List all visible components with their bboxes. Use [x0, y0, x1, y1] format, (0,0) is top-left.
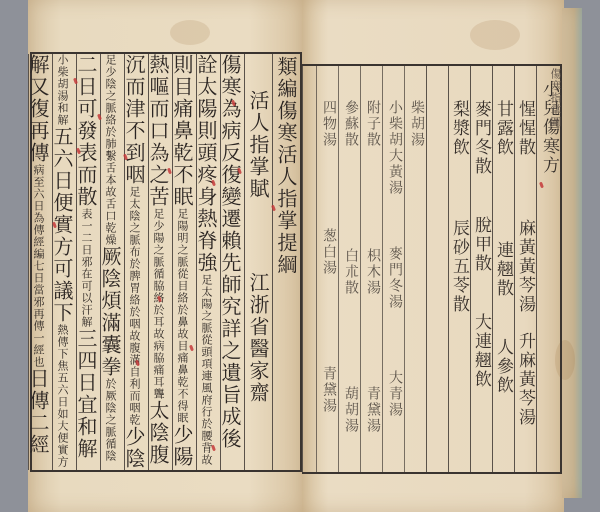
prescription-column-2: 甘露飲連翹散人參飲: [492, 66, 514, 472]
text-column-8: 小柴胡湯和解五六日便實方可議下熱傳下焦五六日如大便實方可下七八日不: [52, 54, 76, 470]
paper-stain: [170, 20, 210, 45]
right-text-frame: 小兒傷寒方 惺惺散麻黃黃芩湯升麻黃芩湯 甘露飲連翹散人參飲 麥門冬散脫甲散大連翹…: [302, 64, 562, 474]
subtitle-column: 活人指掌賦 江浙省醫家齋 吳 恕 撰: [244, 54, 272, 470]
bleedthrough-column-2: 小柴胡大黃湯麥門冬湯大青湯: [382, 66, 404, 472]
prescription-column-4: 梨漿飲辰砂五苓散: [448, 66, 470, 472]
prescription-column-1: 惺惺散麻黃黃芩湯升麻黃芩湯: [514, 66, 536, 472]
book-title: 類編傷寒活人指掌提綱: [274, 56, 298, 276]
author-affiliation: 江浙省醫家齋: [246, 272, 270, 404]
subtitle: 活人指掌賦: [246, 90, 270, 200]
left-text-frame: 類編傷寒活人指掌提綱 活人指掌賦 江浙省醫家齋 吳 恕 撰 傷寒為病反復變遷賴先…: [30, 52, 302, 472]
text-column-1: 傷寒為病反復變遷賴先師究詳之遺旨成後學診治之良: [220, 54, 244, 470]
text-column-2: 詮太陽則頭疼身熱脊強足太陽之脈從頭項連風府行於腰背故頭項痛腰脊強陽明: [196, 54, 220, 470]
text-column-9: 解又復再傳病至六日為傳經編七日當邪再傳一經也日傳二經病名兩: [28, 54, 52, 470]
text-column-3: 則目痛鼻乾不眠足陽明之脈從目絡於鼻故目痛鼻乾不得眠少陽耳聾脇痛寒: [172, 54, 196, 470]
text-column-6: 足少陰之脈絡於肺繫舌本故舌口乾燥厥陰煩滿囊拳於厥陰之脈循陰器而絡於肝故煩滿而囊縮…: [100, 54, 124, 470]
prescription-column-3: 麥門冬散脫甲散大連翹飲: [470, 66, 492, 472]
bleedthrough-column-1: 柴胡湯: [404, 66, 426, 472]
empty-column: [426, 66, 448, 472]
bleedthrough-column-5: 四物湯葱白湯青黛湯: [316, 66, 338, 472]
margin-column: [302, 66, 316, 472]
text-column-4: 熱嘔而口為之苦足少陽之脈循脇絡於耳故病脇痛耳聾太陰腹滿自利尺寸: [148, 54, 172, 470]
paper-stain: [470, 20, 520, 50]
page-edge-stack: [562, 8, 582, 498]
text-column-5: 沉而津不到咽足太陰之脈布於脾胃絡於咽故腹滿自利而咽乾少陰舌乾口燥: [124, 54, 148, 470]
text-column-7: 二日可發表而散表一二日邪在可以汗解三四日宜和解而痊半表半裏可用: [76, 54, 100, 470]
bleedthrough-column-4: 參蘇散白朮散葫胡湯: [338, 66, 360, 472]
fold-margin-label: 傷寒指掌圖: [548, 68, 562, 188]
book-title-column: 類編傷寒活人指掌提綱: [272, 54, 300, 470]
bleedthrough-column-3: 附子散枳木湯青黛湯: [360, 66, 382, 472]
